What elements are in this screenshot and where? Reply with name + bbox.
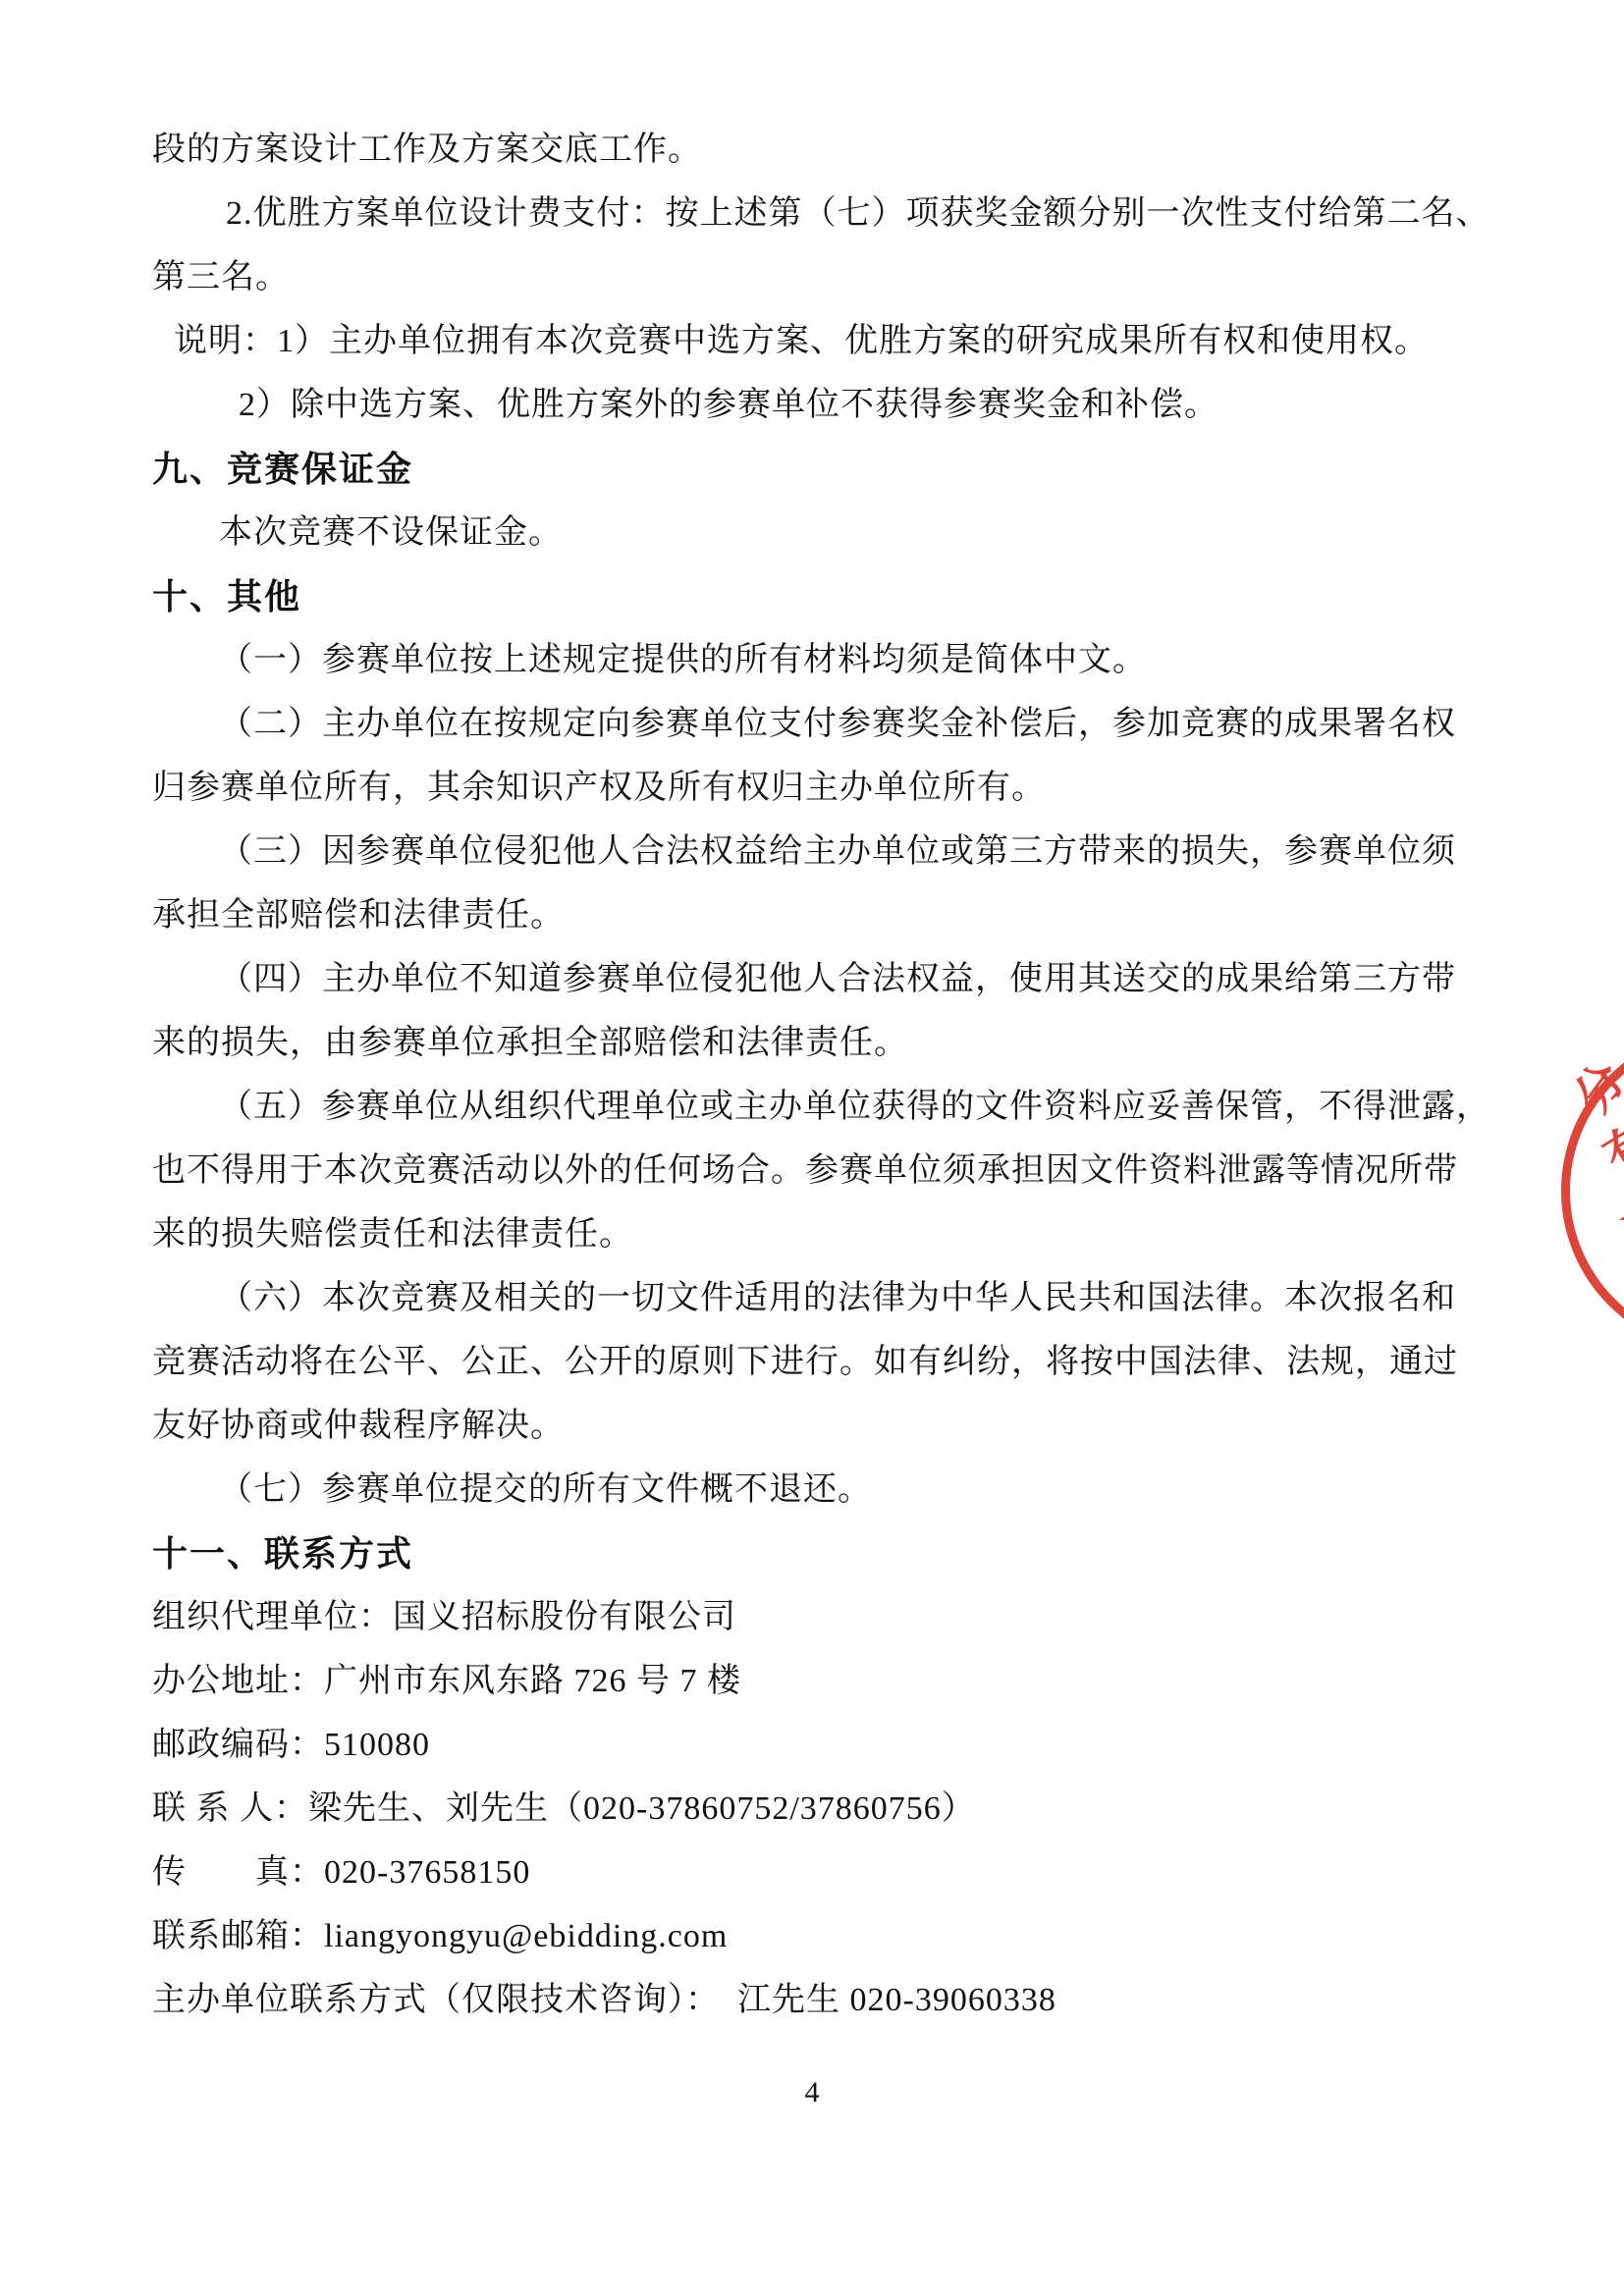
text-line: 联系邮箱：liangyongyu@ebidding.com xyxy=(152,1904,1483,1968)
page-number: 4 xyxy=(0,2073,1624,2112)
text-line: 联 系 人：梁先生、刘先生（020-37860752/37860756） xyxy=(152,1777,1483,1841)
text-line: （一）参赛单位按上述规定提供的所有材料均须是简体中文。 xyxy=(152,628,1483,692)
document-page: 段的方案设计工作及方案交底工作。2.优胜方案单位设计费支付：按上述第（七）项获奖… xyxy=(0,0,1624,2296)
text-line: 归参赛单位所有，其余知识产权及所有权归主办单位所有。 xyxy=(152,756,1483,820)
text-line: 邮政编码：510080 xyxy=(152,1713,1483,1777)
seal-character: 分 xyxy=(1568,1055,1624,1121)
text-line: 办公地址：广州市东风东路 726 号 7 楼 xyxy=(152,1649,1483,1713)
text-line: 竞赛活动将在公平、公正、公开的原则下进行。如有纠纷，将按中国法律、法规，通过 xyxy=(152,1330,1483,1394)
text-line: 2.优胜方案单位设计费支付：按上述第（七）项获奖金额分别一次性支付给第二名、 xyxy=(152,182,1483,245)
text-line: 也不得用于本次竞赛活动以外的任何场合。参赛单位须承担因文件资料泄露等情况所带 xyxy=(152,1139,1483,1202)
section-heading: 十一、联系方式 xyxy=(152,1522,1483,1585)
section-heading: 十、其他 xyxy=(152,564,1483,628)
section-heading: 九、竞赛保证金 xyxy=(152,437,1483,501)
text-line: 来的损失，由参赛单位承担全部赔偿和法律责任。 xyxy=(152,1011,1483,1075)
text-line: 本次竞赛不设保证金。 xyxy=(152,501,1483,564)
text-line: 传 真：020-37658150 xyxy=(152,1841,1483,1904)
text-line: 承担全部赔偿和法律责任。 xyxy=(152,883,1483,947)
company-seal-stamp: 分 有 xyxy=(1561,1029,1624,1353)
document-body: 段的方案设计工作及方案交底工作。2.优胜方案单位设计费支付：按上述第（七）项获奖… xyxy=(152,118,1483,2032)
text-line: （五）参赛单位从组织代理单位或主办单位获得的文件资料应妥善保管，不得泄露， xyxy=(152,1075,1483,1139)
text-line: （二）主办单位在按规定向参赛单位支付参赛奖金补偿后，参加竞赛的成果署名权 xyxy=(152,692,1483,756)
text-line: 段的方案设计工作及方案交底工作。 xyxy=(152,118,1483,182)
seal-character: 有 xyxy=(1597,1117,1624,1182)
text-line: 组织代理单位：国义招标股份有限公司 xyxy=(152,1585,1483,1649)
text-line: （六）本次竞赛及相关的一切文件适用的法律为中华人民共和国法律。本次报名和 xyxy=(152,1266,1483,1330)
text-line: 第三名。 xyxy=(152,245,1483,309)
text-line: 主办单位联系方式（仅限技术咨询）： 江先生 020-39060338 xyxy=(152,1968,1483,2032)
text-line: 来的损失赔偿责任和法律责任。 xyxy=(152,1202,1483,1266)
text-line: （四）主办单位不知道参赛单位侵犯他人合法权益，使用其送交的成果给第三方带 xyxy=(152,947,1483,1011)
text-line: 友好协商或仲裁程序解决。 xyxy=(152,1394,1483,1458)
text-line: 说明：1）主办单位拥有本次竞赛中选方案、优胜方案的研究成果所有权和使用权。 xyxy=(152,309,1483,373)
text-line: （三）因参赛单位侵犯他人合法权益给主办单位或第三方带来的损失，参赛单位须 xyxy=(152,820,1483,883)
text-line: （七）参赛单位提交的所有文件概不退还。 xyxy=(152,1458,1483,1522)
text-line: 2）除中选方案、优胜方案外的参赛单位不获得参赛奖金和补偿。 xyxy=(152,373,1483,437)
